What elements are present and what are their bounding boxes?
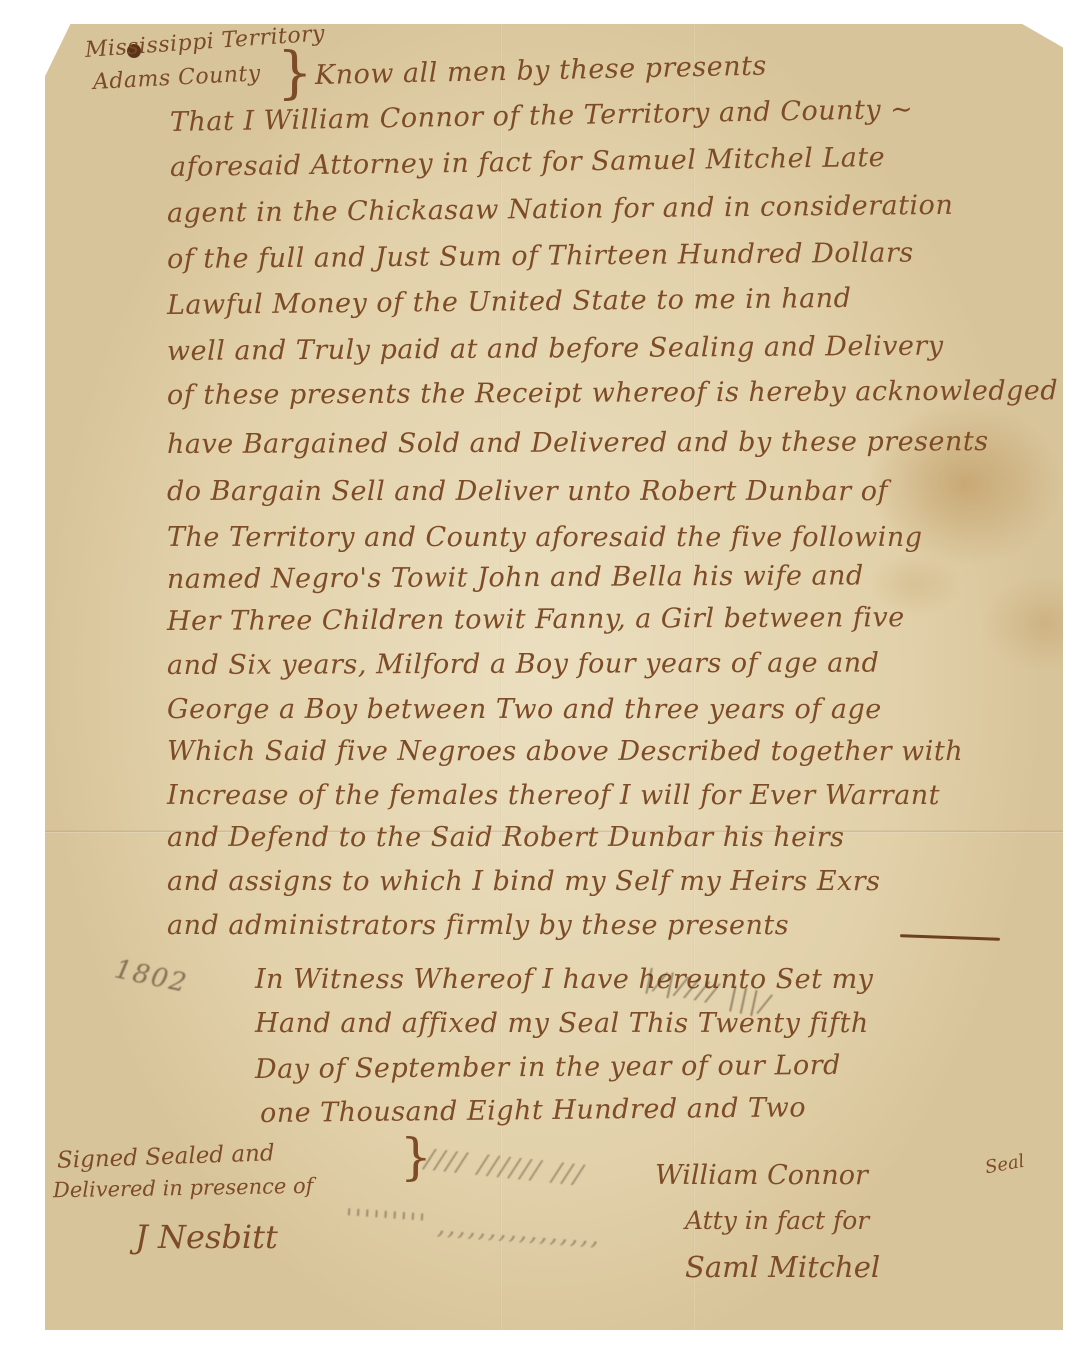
attestation-line-2: Delivered in presence of bbox=[53, 1174, 314, 1203]
body-line-13: Her Three Children towit Fanny, a Girl b… bbox=[167, 602, 905, 637]
body-line-8: of these presents the Receipt whereof is… bbox=[167, 375, 1058, 411]
body-line-18: and Defend to the Said Robert Dunbar his… bbox=[167, 822, 845, 853]
line-filler-stroke bbox=[900, 934, 1000, 940]
signatory-name: William Connor bbox=[655, 1160, 868, 1191]
offset-ink-smudge: //// ////// /// bbox=[423, 1144, 586, 1191]
principal-signature: Saml Mitchel bbox=[685, 1250, 880, 1284]
body-line-7: well and Truly paid at and before Sealin… bbox=[167, 331, 944, 367]
body-line-14: and Six years, Milford a Boy four years … bbox=[167, 648, 880, 681]
seal-label: Seal bbox=[983, 1151, 1026, 1179]
body-line-15: George a Boy between Two and three years… bbox=[167, 694, 882, 725]
manuscript-page: Mississippi Territory Adams County } Kno… bbox=[45, 24, 1063, 1330]
body-line-12: named Negro's Towit John and Bella his w… bbox=[167, 560, 864, 595]
heading-brace: } bbox=[277, 46, 313, 102]
body-line-4: agent in the Chickasaw Nation for and in… bbox=[167, 190, 954, 229]
body-line-23: Day of September in the year of our Lord bbox=[255, 1050, 841, 1085]
body-line-22: Hand and affixed my Seal This Twenty fif… bbox=[255, 1008, 869, 1039]
body-line-10: do Bargain Sell and Deliver unto Robert … bbox=[167, 476, 888, 507]
signatory-role: Atty in fact for bbox=[685, 1206, 869, 1235]
offset-ink-smudge: ''''''''' ,,,,,,,,,,,,,,,, bbox=[344, 1204, 602, 1252]
witness-signature: J Nesbitt bbox=[135, 1218, 278, 1256]
body-line-9: have Bargained Sold and Delivered and by… bbox=[167, 426, 989, 460]
offset-year-mark: 1802 bbox=[112, 954, 191, 999]
attestation-brace: } bbox=[400, 1132, 432, 1182]
body-line-5: of the full and Just Sum of Thirteen Hun… bbox=[167, 237, 914, 275]
body-line-20: and administrators firmly by these prese… bbox=[167, 910, 789, 941]
body-line-21: In Witness Whereof I have hereunto Set m… bbox=[255, 964, 873, 995]
body-line-6: Lawful Money of the United State to me i… bbox=[167, 283, 852, 321]
body-line-24: one Thousand Eight Hundred and Two bbox=[260, 1092, 806, 1129]
body-line-17: Increase of the females thereof I will f… bbox=[167, 780, 940, 811]
body-line-1: Know all men by these presents bbox=[315, 51, 767, 91]
body-line-3: aforesaid Attorney in fact for Samuel Mi… bbox=[170, 142, 886, 183]
heading-county: Adams County bbox=[92, 61, 261, 95]
attestation-line-1: Signed Sealed and bbox=[57, 1140, 275, 1174]
body-line-16: Which Said five Negroes above Described … bbox=[167, 736, 963, 767]
body-line-11: The Territory and County aforesaid the f… bbox=[167, 522, 923, 553]
body-line-19: and assigns to which I bind my Self my H… bbox=[167, 866, 881, 897]
